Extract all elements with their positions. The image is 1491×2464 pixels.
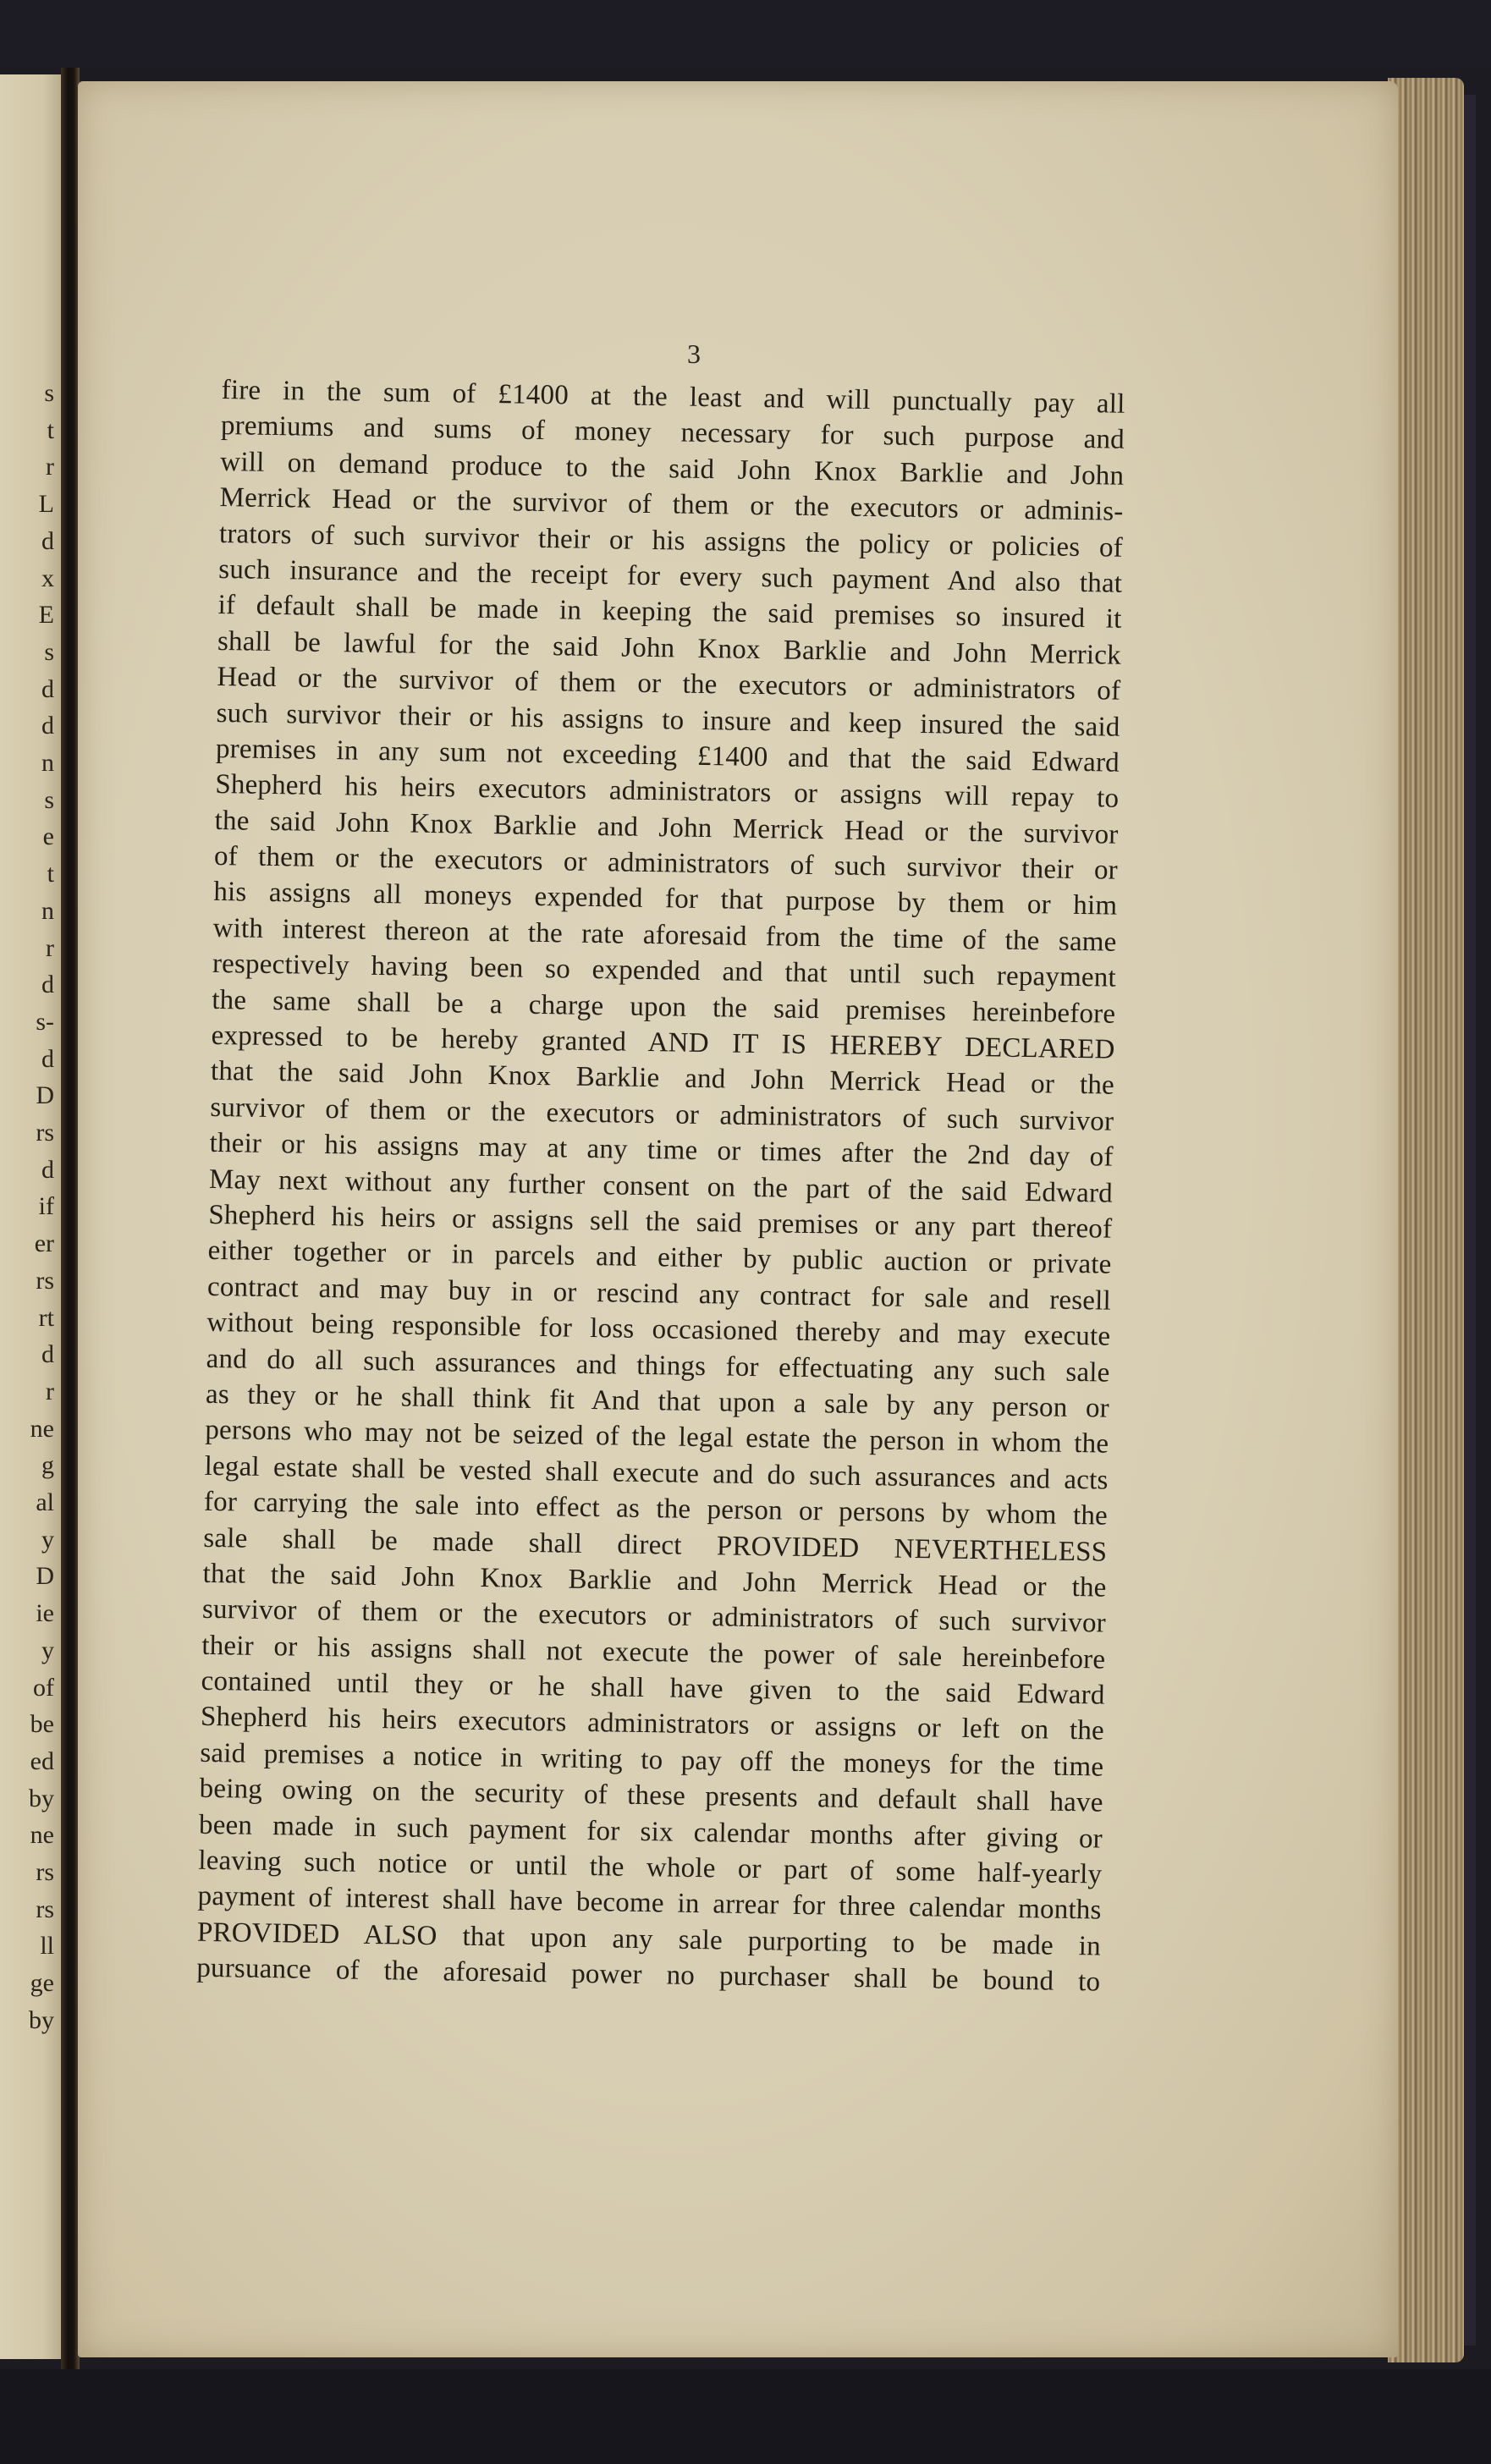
facing-page-line-fragment: t — [47, 418, 54, 443]
facing-page-line-fragment: rs — [36, 1897, 54, 1922]
page-stack-edges — [1388, 78, 1464, 2362]
facing-page-line-fragment: t — [47, 861, 54, 887]
facing-page-line-fragment: ll — [40, 1933, 54, 1959]
facing-page-line-fragment: rs — [36, 1268, 54, 1294]
facing-page-line-fragment: x — [41, 566, 54, 591]
facing-page-line-fragment: d — [41, 1158, 54, 1183]
facing-page-line-fragment: rs — [36, 1120, 54, 1146]
facing-page-line-fragment: n — [41, 899, 54, 924]
facing-page-line-fragment: ed — [30, 1749, 54, 1774]
facing-page-line-fragment: s — [44, 788, 54, 813]
facing-page-line-fragment: s — [44, 381, 54, 406]
facing-page-line-fragment: of — [33, 1675, 54, 1701]
facing-page-line-fragment: g — [41, 1453, 54, 1478]
scanner-background-top — [0, 0, 1491, 68]
facing-page-line-fragment: r — [46, 1379, 54, 1405]
book-gutter — [61, 68, 80, 2369]
facing-page-line-fragment: D — [36, 1564, 54, 1589]
facing-page-line-fragment: ne — [30, 1416, 54, 1442]
facing-page-line-fragment: L — [39, 492, 54, 517]
facing-page-line-fragment: ne — [30, 1823, 54, 1848]
facing-page-line-fragment: ie — [36, 1601, 54, 1626]
facing-page-line-fragment: r — [46, 454, 54, 480]
facing-page-line-fragment: d — [41, 972, 54, 998]
scanner-background-bottom — [0, 2369, 1491, 2464]
facing-page-line-fragment: d — [41, 1342, 54, 1367]
facing-page-line-fragment: n — [41, 751, 54, 776]
facing-page-line-fragment: be — [30, 1712, 54, 1737]
facing-page-left: strLdxEsddnsetnrds-dDrsdiferrsrtdrnegaly… — [0, 74, 61, 2359]
page-number: 3 — [687, 338, 701, 370]
facing-page-line-fragment: D — [36, 1083, 54, 1108]
facing-page-line-fragment: er — [35, 1231, 54, 1257]
facing-page-line-fragment: d — [41, 529, 54, 554]
facing-page-line-fragment: s- — [36, 1009, 54, 1035]
facing-page-line-fragment: rs — [36, 1860, 54, 1885]
facing-page-line-fragment: by — [29, 1786, 54, 1812]
facing-page-line-fragment: d — [41, 713, 54, 739]
facing-page-line-fragment: y — [41, 1638, 54, 1664]
facing-page-line-fragment: rt — [39, 1306, 54, 1331]
facing-page-line-fragment: by — [29, 2008, 54, 2033]
facing-page-line-fragment: r — [46, 936, 54, 961]
facing-page-line-fragment: E — [39, 602, 54, 628]
facing-page-line-fragment: e — [43, 824, 54, 850]
facing-page-line-fragment: d — [41, 1047, 54, 1072]
facing-page-line-fragment: y — [41, 1527, 54, 1553]
facing-page-line-fragment: if — [39, 1194, 54, 1219]
facing-page-line-fragment: al — [36, 1490, 54, 1515]
body-text: fire in the sum of £1400 at the least an… — [196, 372, 1125, 2000]
facing-page-line-fragment: s — [44, 640, 54, 665]
facing-page-line-fragment: d — [41, 677, 54, 702]
facing-page-line-fragment: ge — [30, 1971, 54, 1996]
